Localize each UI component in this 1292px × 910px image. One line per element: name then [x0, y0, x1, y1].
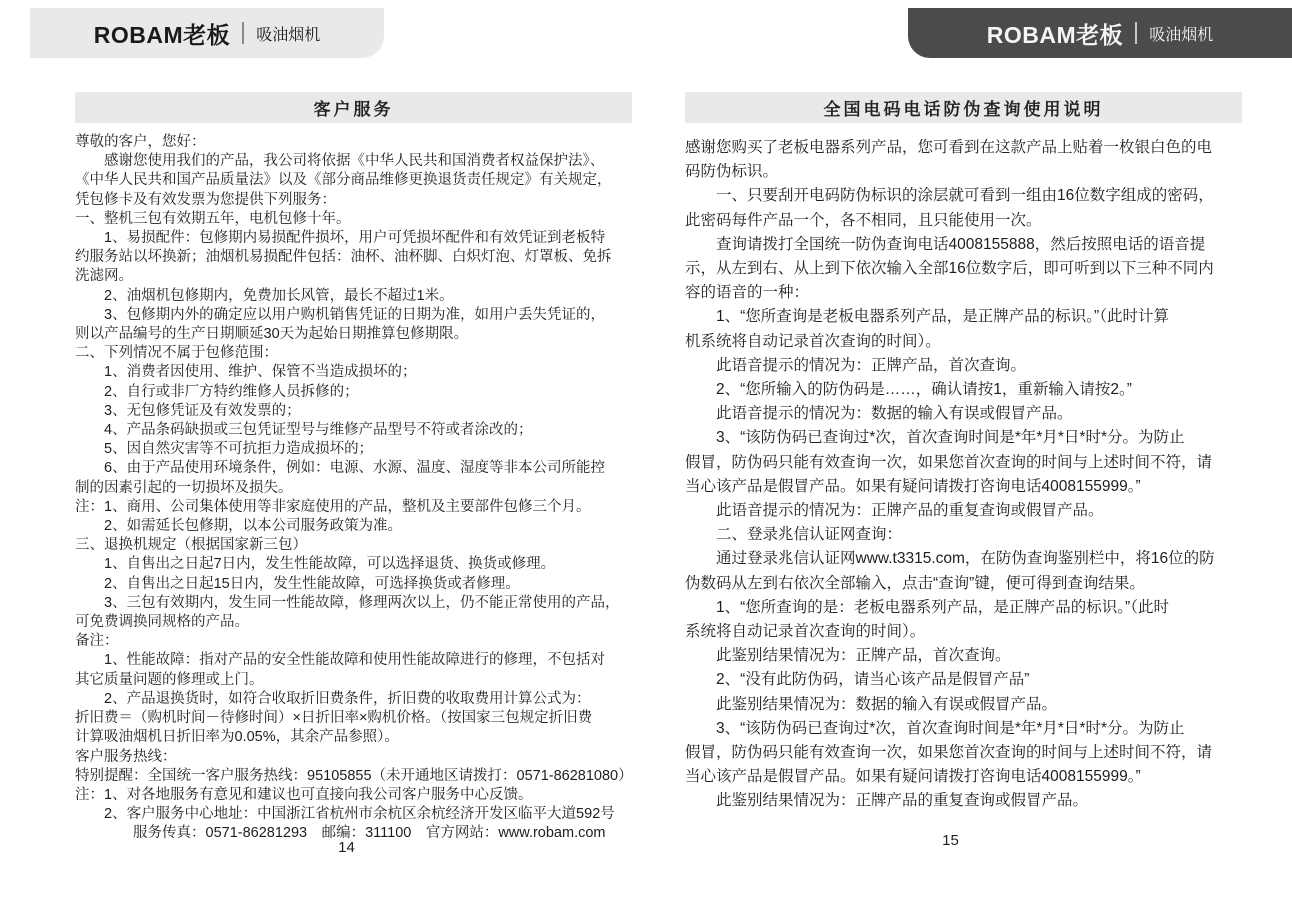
text-line: 此语音提示的情况为：正牌产品的重复查询或假冒产品。: [685, 499, 1250, 523]
logo-divider: [1135, 22, 1137, 44]
text-line: 二、下列情况不属于包修范围：: [75, 344, 640, 363]
text-line: 则以产品编号的生产日期顺延30天为起始日期推算包修期限。: [75, 325, 640, 344]
text-line: 此语音提示的情况为：正牌产品，首次查询。: [685, 354, 1250, 378]
text-line: 2、自行或非厂方特约维修人员拆修的；: [75, 383, 640, 402]
text-line: 假冒，防伪码只能有效查询一次，如果您首次查询的时间与上述时间不符，请: [685, 741, 1250, 765]
text-line: 假冒，防伪码只能有效查询一次，如果您首次查询的时间与上述时间不符，请: [685, 451, 1250, 475]
text-line: 3、无包修凭证及有效发票的；: [75, 402, 640, 421]
text-line: 此鉴别结果情况为：正牌产品的重复查询或假冒产品。: [685, 789, 1250, 813]
text-line: 查询请拨打全国统一防伪查询电话4008155888，然后按照电话的语音提: [685, 233, 1250, 257]
product-category-label: 吸油烟机: [1149, 22, 1213, 45]
text-line: 二、登录兆信认证网查询：: [685, 523, 1250, 547]
text-line: 伪数码从左到右依次全部输入，点击“查询”键，便可得到查询结果。: [685, 572, 1250, 596]
text-line: 此鉴别结果情况为：正牌产品，首次查询。: [685, 644, 1250, 668]
text-line: 感谢您购买了老板电器系列产品，您可看到在这款产品上贴着一枚银白色的电: [685, 136, 1250, 160]
product-category-label: 吸油烟机: [256, 22, 320, 45]
text-line: 6、由于产品使用环境条件，例如：电源、水源、温度、湿度等非本公司所能控: [75, 459, 640, 478]
text-line: 1、消费者因使用、维护、保管不当造成损坏的；: [75, 363, 640, 382]
text-line: 一、整机三包有效期五年，电机包修十年。: [75, 210, 640, 229]
text-line: 注：1、商用、公司集体使用等非家庭使用的产品，整机及主要部件包修三个月。: [75, 498, 640, 517]
text-line: 容的语音的一种：: [685, 281, 1250, 305]
text-line: 当心该产品是假冒产品。如果有疑问请拨打咨询电话4008155999。”: [685, 765, 1250, 789]
text-line: 2、如需延长包修期，以本公司服务政策为准。: [75, 517, 640, 536]
logo-divider: [242, 22, 244, 44]
text-line: 1、自售出之日起7日内，发生性能故障，可以选择退货、换货或修理。: [75, 555, 640, 574]
text-line: 2、产品退换货时，如符合收取折旧费条件，折旧费的收取费用计算公式为：: [75, 690, 640, 709]
text-line: 3、“该防伪码已查询过*次，首次查询时间是*年*月*日*时*分。为防止: [685, 426, 1250, 450]
text-line: 5、因自然灾害等不可抗拒力造成损坏的；: [75, 440, 640, 459]
text-line: 可免费调换同规格的产品。: [75, 613, 640, 632]
text-line: 3、包修期内外的确定应以用户购机销售凭证的日期为准，如用户丢失凭证的，: [75, 306, 640, 325]
text-line: 1、性能故障：指对产品的安全性能故障和使用性能故障进行的修理，不包括对: [75, 651, 640, 670]
robam-logo: ROBAM老板: [94, 17, 230, 50]
text-line: 3、三包有效期内，发生同一性能故障，修理两次以上，仍不能正常使用的产品，: [75, 594, 640, 613]
text-line: 2、“没有此防伪码，请当心该产品是假冒产品”: [685, 668, 1250, 692]
manual-spread: ROBAM老板 吸油烟机 ROBAM老板 吸油烟机 客户服务 全国电码电话防伪查…: [0, 0, 1292, 910]
text-line: 1、“您所查询是老板电器系列产品，是正牌产品的标识。”（此时计算: [685, 305, 1250, 329]
section-title-text: 全国电码电话防伪查询使用说明: [824, 95, 1104, 120]
page-number-left: 14: [68, 839, 625, 856]
text-line: 洗滤网。: [75, 267, 640, 286]
brand-header-right: ROBAM老板 吸油烟机: [908, 8, 1292, 58]
text-line: 客户服务热线：: [75, 748, 640, 767]
section-title-customer-service: 客户服务: [75, 92, 632, 123]
text-line: 2、自售出之日起15日内，发生性能故障，可选择换货或者修理。: [75, 575, 640, 594]
text-line: 3、“该防伪码已查询过*次，首次查询时间是*年*月*日*时*分。为防止: [685, 717, 1250, 741]
text-line: 此密码每件产品一个，各不相同，且只能使用一次。: [685, 209, 1250, 233]
text-line: 系统将自动记录首次查询的时间）。: [685, 620, 1250, 644]
text-line: 备注：: [75, 632, 640, 651]
anticounterfeit-guide-body: 感谢您购买了老板电器系列产品，您可看到在这款产品上贴着一枚银白色的电码防伪标识。…: [685, 136, 1250, 826]
text-line: 制的因素引起的一切损坏及损失。: [75, 479, 640, 498]
text-line: 2、油烟机包修期内，免费加长风管，最长不超过1米。: [75, 287, 640, 306]
text-line: 感谢您使用我们的产品，我公司将依据《中华人民共和国消费者权益保护法》、: [75, 152, 640, 171]
text-line: 此鉴别结果情况为：数据的输入有误或假冒产品。: [685, 693, 1250, 717]
brand-header-left: ROBAM老板 吸油烟机: [30, 8, 384, 58]
text-line: 特别提醒：全国统一客户服务热线：95105855（未开通地区请拨打：0571-8…: [75, 767, 640, 786]
robam-logo: ROBAM老板: [987, 17, 1123, 50]
customer-service-body: 尊敬的客户，您好： 感谢您使用我们的产品，我公司将依据《中华人民共和国消费者权益…: [75, 133, 640, 843]
text-line: 其它质量问题的修理或上门。: [75, 671, 640, 690]
text-line: 此语音提示的情况为：数据的输入有误或假冒产品。: [685, 402, 1250, 426]
section-title-text: 客户服务: [314, 95, 394, 120]
text-line: 三、退换机规定（根据国家新三包）: [75, 536, 640, 555]
text-line: 2、客户服务中心地址：中国浙江省杭州市余杭区余杭经济开发区临平大道592号: [75, 805, 640, 824]
text-line: 1、易损配件：包修期内易损配件损坏，用户可凭损坏配件和有效凭证到老板特: [75, 229, 640, 248]
text-line: 2、“您所输入的防伪码是……，确认请按1，重新输入请按2。”: [685, 378, 1250, 402]
text-line: 凭包修卡及有效发票为您提供下列服务：: [75, 191, 640, 210]
text-line: 1、“您所查询的是：老板电器系列产品，是正牌产品的标识。”（此时: [685, 596, 1250, 620]
text-line: 示，从左到右、从上到下依次输入全部16位数字后，即可听到以下三种不同内: [685, 257, 1250, 281]
section-title-anticounterfeit-guide: 全国电码电话防伪查询使用说明: [685, 92, 1242, 123]
text-line: 码防伪标识。: [685, 160, 1250, 184]
page-number-right: 15: [672, 832, 1229, 849]
text-line: 注：1、对各地服务有意见和建议也可直接向我公司客户服务中心反馈。: [75, 786, 640, 805]
text-line: 尊敬的客户，您好：: [75, 133, 640, 152]
text-line: 约服务站以坏换新；油烟机易损配件包括：油杯、油杯脚、白炽灯泡、灯罩板、免拆: [75, 248, 640, 267]
text-line: 一、只要刮开电码防伪标识的涂层就可看到一组由16位数字组成的密码，: [685, 184, 1250, 208]
text-line: 4、产品条码缺损或三包凭证型号与维修产品型号不符或者涂改的；: [75, 421, 640, 440]
text-line: 《中华人民共和国产品质量法》以及《部分商品维修更换退货责任规定》有关规定，: [75, 171, 640, 190]
text-line: 当心该产品是假冒产品。如果有疑问请拨打咨询电话4008155999。”: [685, 475, 1250, 499]
text-line: 通过登录兆信认证网www.t3315.com，在防伪查询鉴别栏中，将16位的防: [685, 547, 1250, 571]
text-line: 折旧费＝（购机时间－待修时间）×日折旧率×购机价格。（按国家三包规定折旧费: [75, 709, 640, 728]
text-line: 机系统将自动记录首次查询的时间）。: [685, 330, 1250, 354]
text-line: 计算吸油烟机日折旧率为0.05%，其余产品参照）。: [75, 728, 640, 747]
